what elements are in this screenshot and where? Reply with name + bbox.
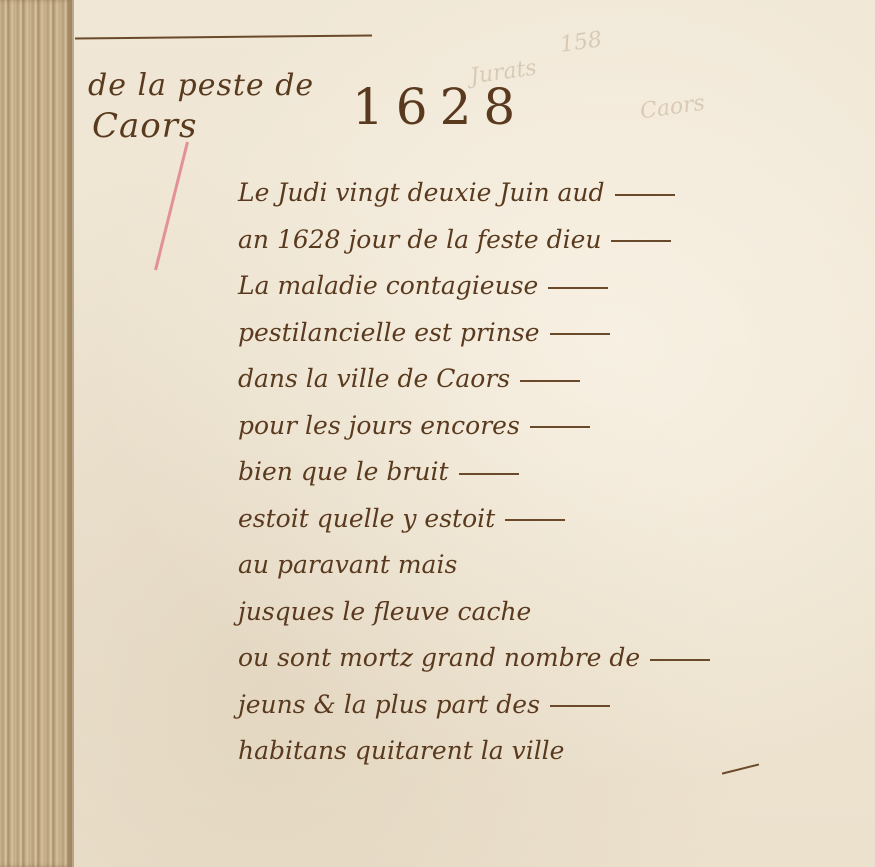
text-line: bien que le bruit: [238, 449, 838, 496]
text-line: pour les jours encores: [238, 403, 838, 450]
manuscript-page: 158 Jurats Caors de la peste de Caors 16…: [0, 0, 875, 867]
text-line: Le Judi vingt deuxie Juin aud: [238, 170, 838, 217]
text-line: an 1628 jour de la feste dieu: [238, 217, 838, 264]
margin-heading: de la peste de Caors: [88, 66, 314, 146]
text-line: pestilancielle est prinse: [238, 310, 838, 357]
text-line: dans la ville de Caors: [238, 356, 838, 403]
margin-heading-line-1: de la peste de: [88, 66, 314, 106]
text-line: estoit quelle y estoit: [238, 496, 838, 543]
text-line: jeuns & la plus part des: [238, 682, 838, 729]
margin-heading-line-2: Caors: [92, 106, 314, 146]
bleed-through-text: Caors: [639, 91, 707, 125]
top-rule-line: [75, 34, 372, 39]
body-text: Le Judi vingt deuxie Juin aud an 1628 jo…: [238, 170, 838, 775]
red-pencil-mark: [154, 142, 189, 271]
text-line: La maladie contagieuse: [238, 263, 838, 310]
text-line: au paravant mais: [238, 542, 838, 589]
binding-shadow: [70, 0, 74, 867]
book-binding-edge: [0, 0, 72, 867]
bleed-through-text: 158: [558, 27, 603, 58]
text-line: ou sont mortz grand nombre de: [238, 635, 838, 682]
year-heading: 1628: [352, 78, 527, 136]
text-line: jusques le fleuve cache: [238, 589, 838, 636]
